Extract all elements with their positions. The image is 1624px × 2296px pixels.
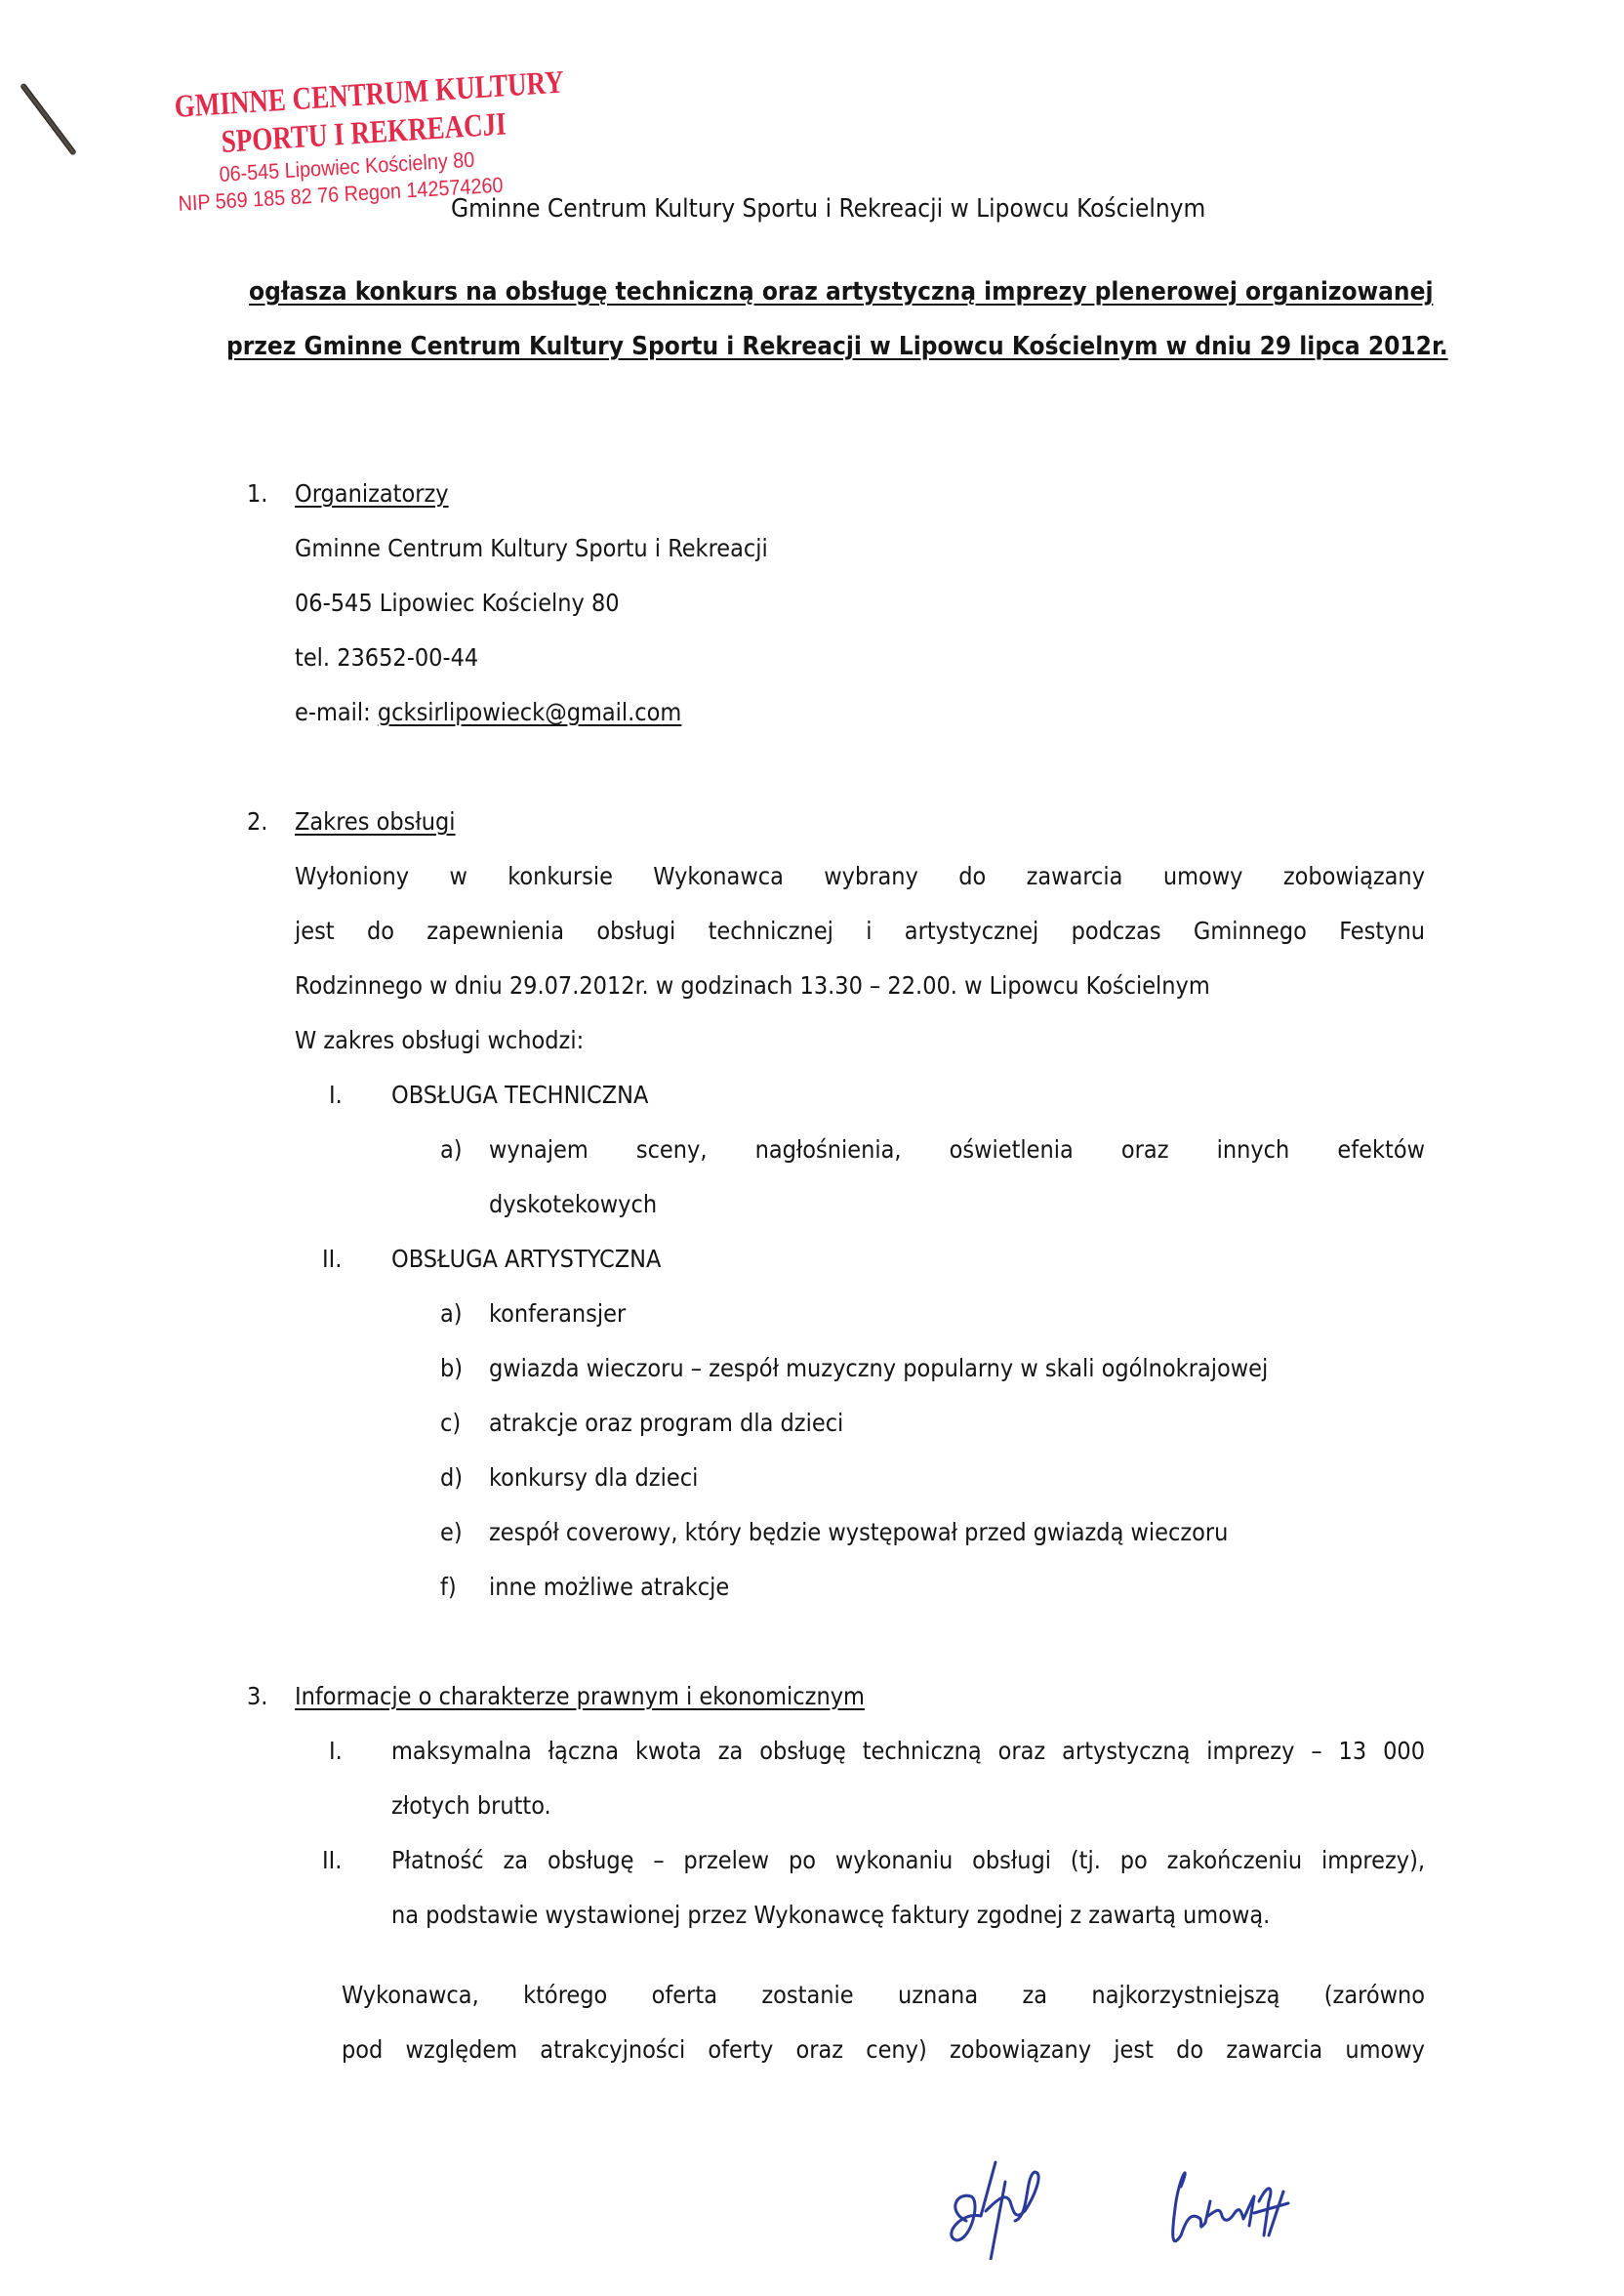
organizer-email-line: e-mail: gcksirlipowieck@gmail.com [295,698,681,726]
art-item-text: zespół coverowy, który będzie występował… [489,1518,1228,1546]
section-3-heading: Informacje o charakterze prawnym i ekono… [295,1682,865,1710]
group-2-numeral: II. [322,1245,342,1273]
legal-item-1-line-1: maksymalna łączna kwota za obsługę techn… [391,1737,1425,1765]
organizer-address: 06-545 Lipowiec Kościelny 80 [295,589,620,617]
scope-para-line-3: Rodzinnego w dniu 29.07.2012r. w godzina… [295,971,1210,1000]
email-link[interactable]: gcksirlipowieck@gmail.com [378,698,681,726]
announcement-title-line-1: ogłasza konkurs na obsługę techniczną or… [249,277,1433,307]
legal-item-2-numeral: II. [322,1846,342,1874]
closing-line-1: Wykonawca, którego oferta zostanie uznan… [342,1981,1425,2009]
art-item-letter: c) [440,1409,461,1437]
legal-item-2-line-2: na podstawie wystawionej przez Wykonawcę… [391,1901,1270,1929]
art-item-letter: e) [440,1518,463,1546]
art-item-letter: d) [440,1463,463,1492]
scope-para-line-1: Wyłoniony w konkursie Wykonawca wybrany … [295,862,1425,890]
legal-item-1-numeral: I. [329,1737,343,1765]
art-item-text: konferansjer [489,1299,626,1328]
staple-mark [20,82,77,155]
institution-header: Gminne Centrum Kultury Sportu i Rekreacj… [451,194,1205,224]
signature-1 [952,2162,1038,2260]
group-1-numeral: I. [329,1081,343,1109]
legal-item-1-line-2: złotych brutto. [391,1791,551,1820]
section-3-number: 3. [247,1682,267,1710]
art-item-text: atrakcje oraz program dla dzieci [489,1409,843,1437]
section-2-heading: Zakres obsługi [295,807,456,836]
signatures [937,2143,1425,2260]
art-item-letter: f) [440,1573,457,1601]
art-item-text: inne możliwe atrakcje [489,1573,729,1601]
group-2-title: OBSŁUGA ARTYSTYCZNA [391,1245,661,1273]
group-1-title: OBSŁUGA TECHNICZNA [391,1081,648,1109]
art-item-letter: b) [440,1354,463,1382]
tech-item-a-line-2: dyskotekowych [489,1190,657,1218]
signature-2 [1173,2173,1288,2241]
scope-intro: W zakres obsługi wchodzi: [295,1026,584,1054]
art-item-letter: a) [440,1299,463,1328]
section-2-number: 2. [247,807,267,836]
scope-para-line-2: jest do zapewnienia obsługi technicznej … [295,917,1425,945]
organizer-name: Gminne Centrum Kultury Sportu i Rekreacj… [295,534,768,562]
tech-item-a-line-1: wynajem sceny, nagłośnienia, oświetlenia… [489,1135,1425,1164]
section-1-number: 1. [247,479,267,508]
tech-item-a-letter: a) [440,1135,463,1164]
email-label: e-mail: [295,698,378,726]
art-item-text: konkursy dla dzieci [489,1463,698,1492]
art-item-text: gwiazda wieczoru – zespół muzyczny popul… [489,1354,1268,1382]
organizer-phone: tel. 23652-00-44 [295,643,478,672]
section-1-heading: Organizatorzy [295,479,449,508]
announcement-title-line-2: przez Gminne Centrum Kultury Sportu i Re… [226,332,1448,361]
legal-item-2-line-1: Płatność za obsługę – przelew po wykonan… [391,1846,1425,1874]
closing-line-2: pod względem atrakcyjności oferty oraz c… [342,2035,1425,2064]
